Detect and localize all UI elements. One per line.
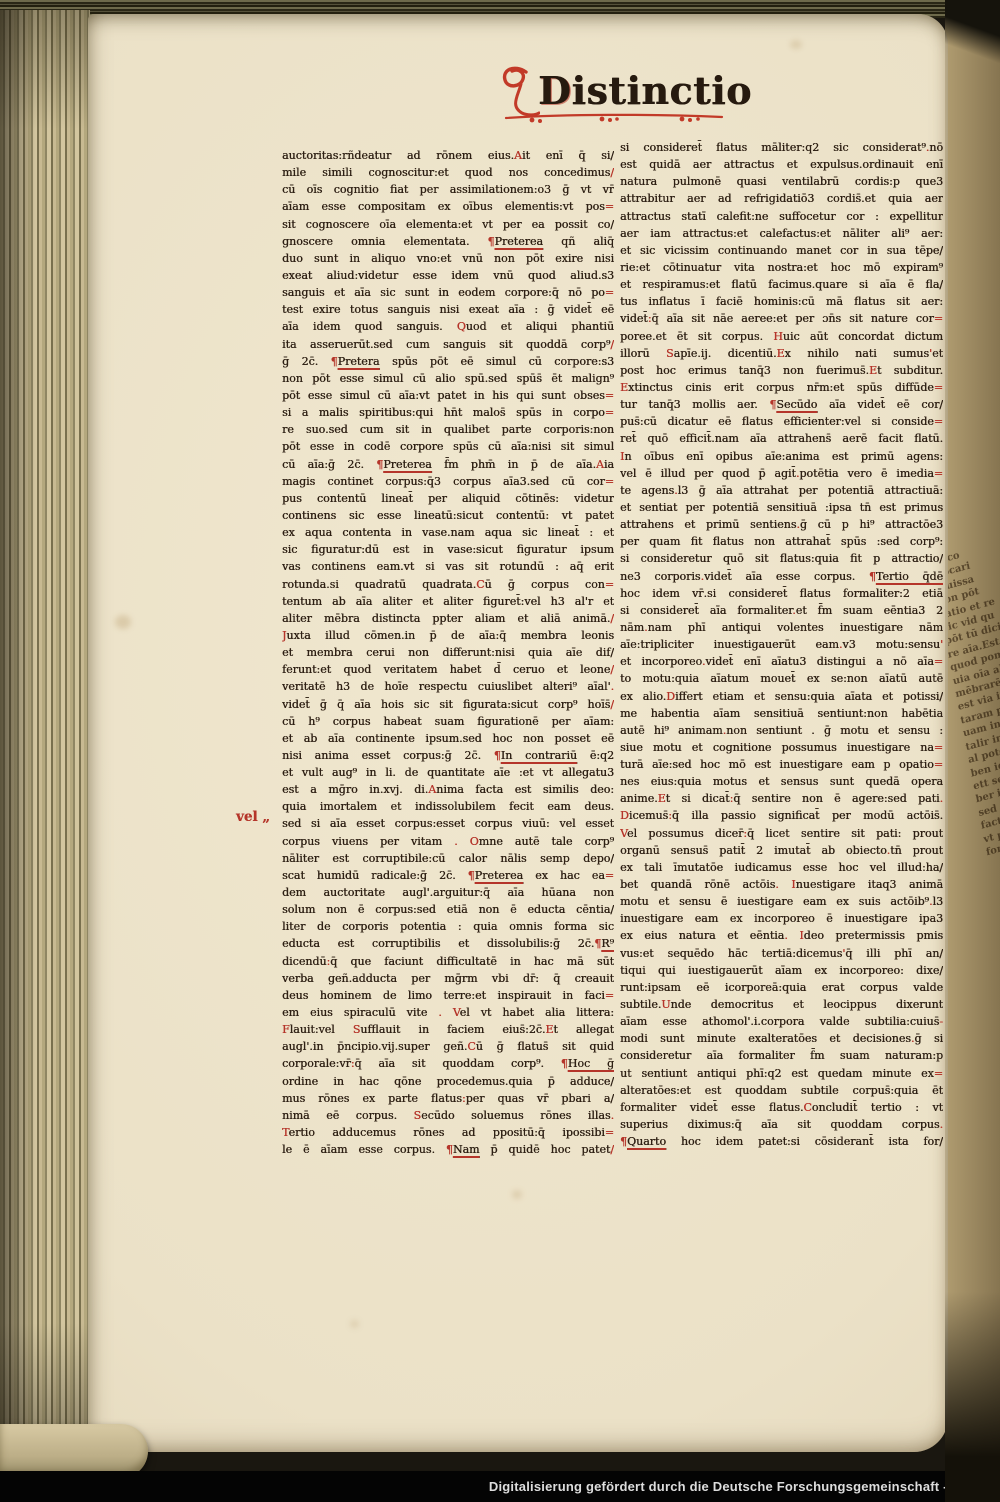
- text-line: pus̄:cū dicatur eē flatus efficienter:ve…: [620, 413, 943, 430]
- text-line: cū h⁹ corpus habeat suam figurationē per…: [282, 713, 614, 730]
- text-line: aer iam attractus:et calefactus:et nālit…: [620, 225, 943, 242]
- text-line: ḡ 2c̄. ¶Pretera spūs pōt eē simul cū cor…: [282, 353, 614, 370]
- text-line: si a malis spiritibus:qui hn̄t malos̄ sp…: [282, 404, 614, 421]
- text-line: re suo.sed cum sit in qualibet parte cor…: [282, 421, 614, 438]
- text-line: subtile.Unde democritus et leocippus dix…: [620, 996, 943, 1013]
- paper-stain: [512, 1190, 522, 1199]
- text-line: attrahens et primū sentiens.ḡ cū p hi⁹ a…: [620, 516, 943, 533]
- text-line: cū oīs cognitio fiat per assimilationem:…: [282, 181, 614, 198]
- text-line: illorū Sapīe.ij. dicentiū.Ex nihilo nati…: [620, 345, 943, 362]
- fore-edge-fragment: ber in qua: [975, 776, 1000, 807]
- paper-stain: [115, 615, 131, 629]
- fore-edge-fragment: facta per m: [980, 802, 1000, 833]
- text-line: pōt esse simul cū aīa:vt patet in his qu…: [282, 387, 614, 404]
- text-line: et membra cerui non differunt:nisi quia …: [282, 644, 614, 661]
- text-line: Flauit:vel Sufflauit in faciem eius̄:2c̄…: [282, 1021, 614, 1038]
- text-line: alteratōes:et est quoddam subtile corpus…: [620, 1082, 943, 1099]
- text-line: dicendū:q̄ que faciunt difficultatē in h…: [282, 953, 614, 970]
- fore-edge-fragment: qu co: [945, 539, 999, 570]
- margin-note: vel „: [236, 809, 270, 825]
- text-line: ¶Quarto hoc idem patet:si cōsiderant̄ is…: [620, 1133, 943, 1150]
- text-line: et sentiat per potentiā sensitiuā :ipsa …: [620, 499, 943, 516]
- text-line: si consideret̄ flatus māliter:q2 sic con…: [620, 139, 943, 156]
- text-line: nāliter est corruptibile:cū calor nālis …: [282, 850, 614, 867]
- text-line: videt̄ ḡ q̄ aīa hois sic sit figurata:si…: [282, 696, 614, 713]
- fore-edge-fragment: non pōt: [945, 578, 1000, 609]
- fore-edge-fragment: al potes ulta: [967, 736, 1000, 767]
- fore-edge-fragment: quod poma: [949, 644, 1000, 675]
- text-line: natura pulmonē quasi ventilabrū cordis:p…: [620, 173, 943, 190]
- text-line: nimā eē corpus. Secūdo soluemus rōnes il…: [282, 1107, 614, 1124]
- text-line: duo sunt in aliquo vno:et vnū non pōt ex…: [282, 250, 614, 267]
- text-line: si consideret̄ aīa formaliter.et f̄m sua…: [620, 602, 943, 619]
- text-line: ex eius natura et eēntia. Ideo pretermis…: [620, 927, 943, 944]
- text-line: ne3 corporis.videt̄ aīa esse corpus. ¶Te…: [620, 568, 943, 585]
- text-line: corporale:vr̄:q̄ aīa sit quoddam corp⁹. …: [282, 1055, 614, 1072]
- text-line: runt:ipsam eē icorporeā:quia erat corpus…: [620, 979, 943, 996]
- fore-edge-fragment: cruissa: [945, 565, 1000, 596]
- fore-edge-fragment: sic vid qu: [945, 605, 1000, 636]
- text-line: videt̄:q̄ aīa sit nāe aeree:et per ɔn̄s …: [620, 310, 943, 327]
- text-line: me habentia aīam sensitiuā sentiunt:non …: [620, 705, 943, 722]
- text-line: siue motu et cognitione possumus inuesti…: [620, 739, 943, 756]
- text-line: mile simili cognoscitur:et quod nos conc…: [282, 164, 614, 181]
- fore-edge-fragment: ben id est: [970, 749, 1000, 780]
- text-line: ex aqua contenta in vase.nam aqua sic li…: [282, 524, 614, 541]
- text-line: per quam fit flatus non attrahat̄ spūs :…: [620, 533, 943, 550]
- text-line: turā aīe:sed hoc mō est inuestigare eam …: [620, 756, 943, 773]
- text-line: nām.nam phī antiqui volentes inuestigare…: [620, 619, 943, 636]
- text-line: veritatē h3 de hoīe respectu cuiuslibet …: [282, 678, 614, 695]
- text-line: poree.et ēt sit corpus. Huic aūt concord…: [620, 328, 943, 345]
- text-line: solum non ē corpus:sed etiā non ē educta…: [282, 901, 614, 918]
- title-underline-flourish: [504, 110, 724, 124]
- text-line: ex alio.Differt etiam et sensu:quia aīat…: [620, 688, 943, 705]
- fore-edge-text: qu comocaricruissanon pōtratio et resic …: [945, 539, 1000, 860]
- text-line: consideretur aīa formaliter f̄m suam nat…: [620, 1047, 943, 1064]
- text-line: nes eius:quia motus et sensus sunt quedā…: [620, 773, 943, 790]
- text-line: est a mḡro in.xvj. di.Anima facta est si…: [282, 781, 614, 798]
- fore-edge-fragment: vt patet ni: [982, 815, 1000, 846]
- text-line: aīam esse athomol'.i.corpora valde subti…: [620, 1013, 943, 1030]
- text-line: aīa idem quod sanguis. Quod et aliqui ph…: [282, 318, 614, 335]
- text-line: vas continens eam.vt si vas sit rotundū …: [282, 558, 614, 575]
- text-line: non pōt esse simul cū alio spū.sed spūs̄…: [282, 370, 614, 387]
- text-line: Vel possumus dicer̄:q̄ licet sentire sit…: [620, 825, 943, 842]
- text-line: attrabitur aer ad refrigidatiō3 cordis̄.…: [620, 190, 943, 207]
- text-line: aliter mēbra distincta ppter aliam et al…: [282, 610, 614, 627]
- text-line: aīam esse compositam ex oībus elementis:…: [282, 198, 614, 215]
- fore-edge-fragment: uam in ord: [962, 710, 1000, 741]
- page-title: Distinctio: [538, 68, 752, 113]
- scanned-book-page: qu comocaricruissanon pōtratio et resic …: [0, 0, 1000, 1502]
- text-line: autē hi⁹ animam.non sentiunt . ḡ motu et…: [620, 722, 943, 739]
- text-line: ret̄ quō efficit̄.nam aīa attrahens̄ aer…: [620, 430, 943, 447]
- footer-credit-bar: Digitalisierung gefördert durch die Deut…: [0, 1471, 1000, 1502]
- text-line: motu et sensu ē iuestigare eam ex suis a…: [620, 893, 943, 910]
- text-line: si consideretur quō sit flatus:quia fit …: [620, 550, 943, 567]
- text-line: le ē aīam esse corpus. ¶Nam p̄ quidē hoc…: [282, 1141, 614, 1158]
- fore-edge-fragment: sed aīq pat: [977, 789, 1000, 820]
- text-line: anime.Et si dicat̄:q̄ sentire non ē ager…: [620, 790, 943, 807]
- text-line: corpus viuens per vitam . Omne autē tale…: [282, 833, 614, 850]
- text-line: hoc idem vr̄.si consideret̄ flatus forma…: [620, 585, 943, 602]
- fore-edge-fragment: mēbrarē: [954, 670, 1000, 701]
- fore-edge-fragment: re aīa.Est e: [947, 631, 1000, 662]
- text-line: attractus statī calefit:ne suffocetur co…: [620, 208, 943, 225]
- text-line: auctoritas:rñdeatur ad rōnem eius.Ait en…: [282, 147, 614, 164]
- text-line: educta est corruptibilis et dissolubilis…: [282, 935, 614, 952]
- text-line: vel ē illud per quod p̄ agit̄.potētia ve…: [620, 465, 943, 482]
- fore-edge-pages: qu comocaricruissanon pōtratio et resic …: [945, 0, 1000, 1502]
- text-line: magis continet corpus:q̄3 corpus aīa3.se…: [282, 473, 614, 490]
- text-line: ordine in hac qōne procedemus.quia p̄ ad…: [282, 1073, 614, 1090]
- text-line: Tertio adducemus rōnes ad ppositū:q̄ ipo…: [282, 1124, 614, 1141]
- text-line: Extinctus cinis erit corpus nr̄m:et spūs…: [620, 379, 943, 396]
- text-line: ferunt:et quod veritatem habet d̄ ceruo …: [282, 661, 614, 678]
- text-line: superius diximus:q̄ aīa sit quoddam corp…: [620, 1116, 943, 1133]
- text-line: sit cognoscere oīa elementa:et vt per ea…: [282, 216, 614, 233]
- text-line: deus hominem de limo terre:et inspirauit…: [282, 987, 614, 1004]
- text-line: Dicemus̄:q̄ illa passio significat̄ per …: [620, 807, 943, 824]
- text-line: to motu:quia aīatum mouet̄ ex se:non aīa…: [620, 670, 943, 687]
- paper-stain: [350, 1320, 359, 1328]
- text-line: et sic vicissim continuando manet cor in…: [620, 242, 943, 259]
- text-line: augl'.in p̄ncipio.vij.super geñ.Cū ḡ fla…: [282, 1038, 614, 1055]
- text-line: tus inflatus ī faciē hominis:cū mā flatu…: [620, 293, 943, 310]
- text-line: post hoc erimus tanq̄3 non fuerimus̄.Et …: [620, 362, 943, 379]
- text-line: continens sic esse lineatū:sicut content…: [282, 507, 614, 524]
- text-line: Juxta illud cōmen.in p̄ de aīa:q̄ membra…: [282, 627, 614, 644]
- left-page-edges: [0, 10, 90, 1502]
- fore-edge-fragment: ratio et re: [945, 591, 1000, 622]
- fore-edge-fragment: uia oīa alia: [952, 657, 1000, 688]
- fore-edge-fragment: ett sed ma: [972, 762, 1000, 793]
- text-line: dem auctoritate augl'.arguitur:q̄ aīa hū…: [282, 884, 614, 901]
- text-line: In oībus enī opibus aīe:anima est primū …: [620, 448, 943, 465]
- text-line: ex tali īmutatōe iudicamus esse hoc vel …: [620, 859, 943, 876]
- text-line: test exire totus sanguis nisi exeat aīa …: [282, 301, 614, 318]
- text-column-right: si consideret̄ flatus māliter:q2 sic con…: [620, 139, 943, 1150]
- text-line: bet quandā rōnē actōis. Inuestigare itaq…: [620, 876, 943, 893]
- text-line: liter de corporis potentia : quia omnis …: [282, 918, 614, 935]
- text-line: cū aīa:ḡ 2c̄. ¶Preterea f̄m phm̄ in p̄ d…: [282, 456, 614, 473]
- fore-edge-fragment: mocari: [945, 552, 1000, 583]
- fore-edge-fragment: est via in d: [957, 684, 1000, 715]
- text-line: mus rōnes ex parte flatus:per quas vr̄ p…: [282, 1090, 614, 1107]
- running-head: Distinctio: [498, 62, 758, 124]
- text-line: pōt esse in codē corpore spūs cū aīa:nis…: [282, 438, 614, 455]
- text-line: pus contentū lineat̄ per aliquid cōtinēs…: [282, 490, 614, 507]
- fore-edge-fragment: forma: [985, 828, 1000, 859]
- text-line: sic figuratur:dū est in vase:sicut figur…: [282, 541, 614, 558]
- text-line: tentum ab aīa aliter et aliter figuret̄:…: [282, 593, 614, 610]
- text-line: em eius spiraculū vite . Vel vt habet al…: [282, 1004, 614, 1021]
- text-line: sanguis et aīa sic sunt in eodem corpore…: [282, 284, 614, 301]
- text-line: et vult aug⁹ in li. de quantitate aīe :e…: [282, 764, 614, 781]
- text-line: aīe:tripliciter inuestigauerūt eam.v3 mo…: [620, 636, 943, 653]
- text-line: organū sensus̄ patit̄ 2 imutat̄ ab obiec…: [620, 842, 943, 859]
- text-line: scat humidū radicale:ḡ 2c̄. ¶Preterea ex…: [282, 867, 614, 884]
- text-line: rotunda.si quadratū quadrata.Cū ḡ corpus…: [282, 576, 614, 593]
- fore-edge-fragment: pōt tū dici: [945, 618, 1000, 649]
- text-line: inuestigare eam ex incorporeo ē inuestig…: [620, 910, 943, 927]
- paper-stain: [790, 40, 802, 49]
- text-line: verba geñ.adducta per mḡrm vbi dr̄: q̄ c…: [282, 970, 614, 987]
- text-line: est quidā aer attractus et expulsus.ordi…: [620, 156, 943, 173]
- text-line: rie:et cōtinuatur vita nostra:et hoc mō …: [620, 259, 943, 276]
- text-line: tur tanq̄3 mollis aer. ¶Secūdo aīa videt…: [620, 396, 943, 413]
- digitization-credit: Digitalisierung gefördert durch die Deut…: [489, 1479, 948, 1494]
- text-line: te agens.l3 ḡ aīa attrahat per potentiā …: [620, 482, 943, 499]
- fore-edge-fragment: taram pos: [959, 697, 1000, 728]
- text-line: ut sentiunt antiqui phī:q2 est quedam mi…: [620, 1065, 943, 1082]
- text-line: quia imortalem et indissolubilem fecit e…: [282, 798, 614, 815]
- text-line: et incorporeo.videt̄ enī aīatu3 distingu…: [620, 653, 943, 670]
- text-line: exeat aliud:videtur esse idem vnū quod a…: [282, 267, 614, 284]
- text-column-left: auctoritas:rñdeatur ad rōnem eius.Ait en…: [282, 147, 614, 1158]
- text-line: et ab aīa continente ipsum.sed hoc non p…: [282, 730, 614, 747]
- fore-edge-fragment: talir in cord: [965, 723, 1000, 754]
- text-line: formaliter videt̄ esse flatus.Concludit̄…: [620, 1099, 943, 1116]
- text-line: et respiramus:et flatū facimus.quare si …: [620, 276, 943, 293]
- binding-strap: [0, 1424, 148, 1478]
- text-line: modi sunt minute exalteratōes et decisio…: [620, 1030, 943, 1047]
- text-line: gnoscere omnia elementata. ¶Preterea qñ …: [282, 233, 614, 250]
- text-line: tiqui qui iuestigauerūt aīam ex incorpor…: [620, 962, 943, 979]
- text-line: vus:et sequēdo hāc tertiā:dicemus'q̄ ill…: [620, 945, 943, 962]
- text-line: sed si aīa esset corpus:esset corpus viu…: [282, 815, 614, 832]
- text-line: nisi anima esset corpus:ḡ 2c̄. ¶In contr…: [282, 747, 614, 764]
- text-line: ita asseruerūt.sed cum sanguis sit quodd…: [282, 336, 614, 353]
